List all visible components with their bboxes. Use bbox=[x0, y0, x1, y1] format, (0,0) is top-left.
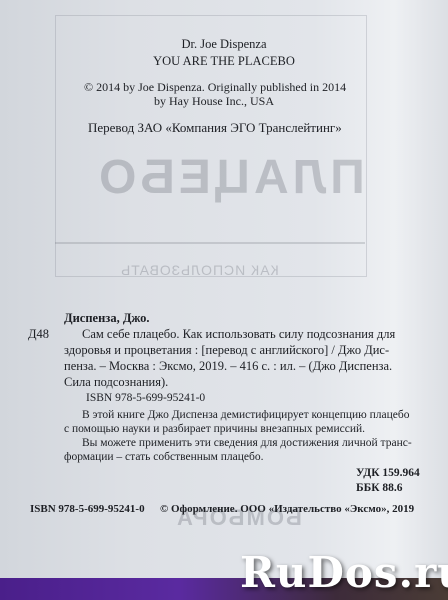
annotation-para2-line1: Вы можете применить эти сведения для дос… bbox=[82, 437, 412, 449]
show-through-subtitle: КАК ИСПОЛЬЗОВАТЬ bbox=[120, 262, 279, 278]
title-en: YOU ARE THE PLACEBO bbox=[0, 54, 448, 69]
copyright-line-2: by Hay House Inc., USA bbox=[154, 94, 274, 109]
catalog-author: Диспенза, Джо. bbox=[64, 311, 150, 326]
catalog-code: Д48 bbox=[28, 327, 49, 342]
author-en: Dr. Joe Dispenza bbox=[0, 37, 448, 52]
footer-isbn: ISBN 978-5-699-95241-0 bbox=[30, 503, 145, 515]
catalog-desc-line-4: Сила подсознания). bbox=[64, 375, 168, 390]
show-through-rule bbox=[55, 242, 365, 244]
catalog-desc-line-1: Сам себе плацебо. Как использовать силу … bbox=[82, 327, 395, 342]
book-page: ПЛАЦЕБО КАК ИСПОЛЬЗОВАТЬ БОМБОРА Dr. Joe… bbox=[0, 0, 448, 585]
bbk-code: ББК 88.6 bbox=[356, 482, 403, 494]
copyright-line-1: © 2014 by Joe Dispenza. Originally publi… bbox=[84, 80, 346, 95]
catalog-desc-line-2: здоровья и процветания : [перевод с англ… bbox=[64, 343, 389, 358]
translation-credit: Перевод ЗАО «Компания ЭГО Транслейтинг» bbox=[88, 120, 342, 136]
catalog-isbn: ISBN 978-5-699-95241-0 bbox=[86, 392, 205, 404]
show-through-title: ПЛАЦЕБО bbox=[95, 150, 365, 205]
annotation-para1-line1: В этой книге Джо Диспенза демистифицируе… bbox=[82, 409, 409, 421]
footer-copyright: © Оформление. ООО «Издательство «Эксмо»,… bbox=[160, 503, 414, 515]
udk-code: УДК 159.964 bbox=[356, 467, 420, 479]
annotation-para1-line2: с помощью науки и разбирает причины внез… bbox=[64, 423, 365, 435]
catalog-desc-line-3: пенза. – Москва : Эксмо, 2019. – 416 с. … bbox=[64, 359, 392, 374]
annotation-para2-line2: формации – стать собственным плацебо. bbox=[64, 451, 264, 463]
watermark: RuDos.ru bbox=[240, 548, 448, 597]
